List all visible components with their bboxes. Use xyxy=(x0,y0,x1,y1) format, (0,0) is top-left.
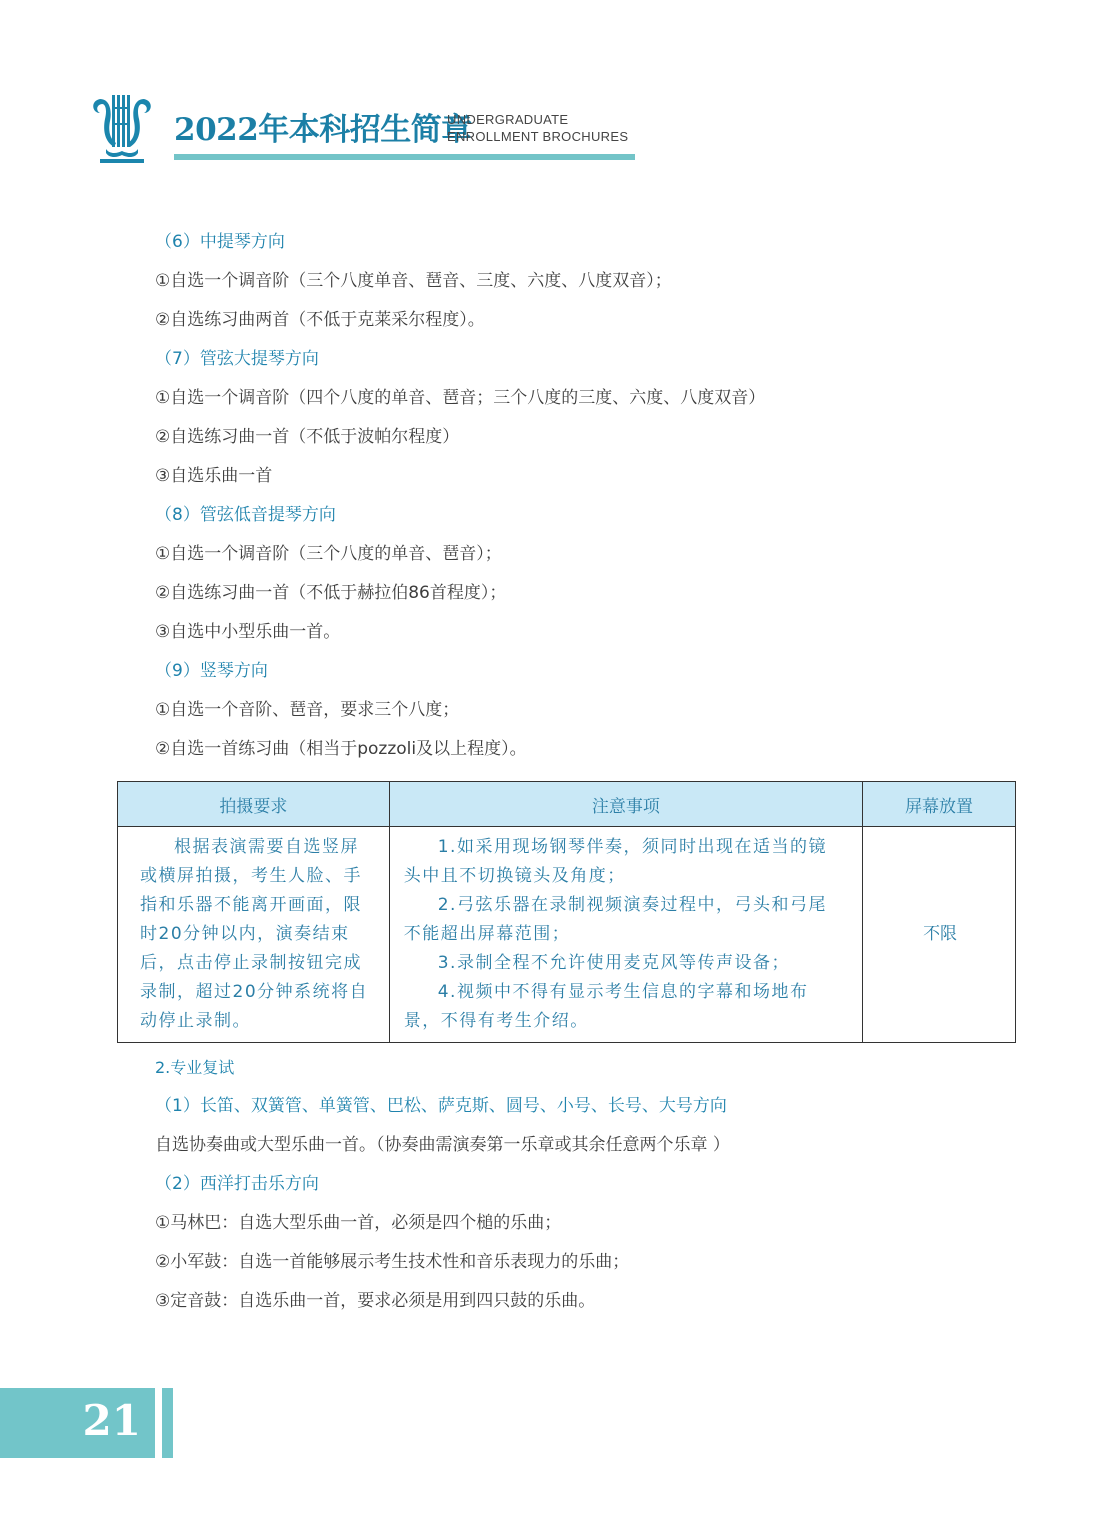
table-header-row: 拍摄要求 注意事项 屏幕放置 xyxy=(118,782,1016,827)
list-item: ③自选中小型乐曲一首。 xyxy=(155,613,1035,652)
section-heading: （2）西洋打击乐方向 xyxy=(155,1165,1035,1204)
list-item: ②自选练习曲一首（不低于赫拉伯86首程度）； xyxy=(155,574,1035,613)
lyre-icon xyxy=(90,93,154,165)
list-item: ②小军鼓：自选一首能够展示考生技术性和音乐表现力的乐曲； xyxy=(155,1243,1035,1282)
table-row: 根据表演需要自选竖屏或横屏拍摄，考生人脸、手指和乐器不能离开画面，限时20分钟以… xyxy=(118,827,1016,1043)
list-item: ①自选一个音阶、琶音，要求三个八度； xyxy=(155,691,1035,730)
professional-retest: 2.专业复试 （1）长笛、双簧管、单簧管、巴松、萨克斯、圆号、小号、长号、大号方… xyxy=(155,1048,1035,1321)
list-item: ②自选一首练习曲（相当于pozzoli及以上程度）。 xyxy=(155,730,1035,769)
section-heading: （9）竖琴方向 xyxy=(155,652,1035,691)
subtitle-line-2: ENROLLMENT BROCHURES xyxy=(447,128,628,145)
section-heading: （6）中提琴方向 xyxy=(155,223,1035,262)
page-number-tab: 21 xyxy=(0,1388,155,1458)
note-item: 2.弓弦乐器在录制视频演奏过程中，弓头和弓尾不能超出屏幕范围； xyxy=(404,891,842,949)
cell-notes: 1.如采用现场钢琴伴奏，须同时出现在适当的镜头中且不切换镜头及角度； 2.弓弦乐… xyxy=(389,827,862,1043)
column-header-notes: 注意事项 xyxy=(389,782,862,827)
section-heading: （8）管弦低音提琴方向 xyxy=(155,496,1035,535)
list-item: ①马林巴：自选大型乐曲一首，必须是四个槌的乐曲； xyxy=(155,1204,1035,1243)
retest-title: 2.专业复试 xyxy=(155,1048,1035,1087)
list-item: ③自选乐曲一首 xyxy=(155,457,1035,496)
header-rule xyxy=(174,154,635,160)
list-item: ①自选一个调音阶（三个八度的单音、琶音）； xyxy=(155,535,1035,574)
section-heading: （1）长笛、双簧管、单簧管、巴松、萨克斯、圆号、小号、长号、大号方向 xyxy=(155,1087,1035,1126)
list-item: ②自选练习曲一首（不低于波帕尔程度） xyxy=(155,418,1035,457)
column-header-shooting: 拍摄要求 xyxy=(118,782,390,827)
list-item: 自选协奏曲或大型乐曲一首。（协奏曲需演奏第一乐章或其余任意两个乐章 ） xyxy=(155,1126,1035,1165)
list-item: ①自选一个调音阶（四个八度的单音、琶音；三个八度的三度、六度、八度双音） xyxy=(155,379,1035,418)
note-item: 1.如采用现场钢琴伴奏，须同时出现在适当的镜头中且不切换镜头及角度； xyxy=(404,833,842,891)
brochure-subtitle-en: UNDERGRADUATE ENROLLMENT BROCHURES xyxy=(447,111,628,145)
list-item: ③定音鼓：自选乐曲一首，要求必须是用到四只鼓的乐曲。 xyxy=(155,1282,1035,1321)
note-item: 4.视频中不得有显示考生信息的字幕和场地布景，不得有考生介绍。 xyxy=(404,978,842,1036)
subtitle-line-1: UNDERGRADUATE xyxy=(447,111,628,128)
cell-screen-placement: 不限 xyxy=(863,827,1016,1043)
section-heading: （7）管弦大提琴方向 xyxy=(155,340,1035,379)
list-item: ①自选一个调音阶（三个八度单音、琶音、三度、六度、八度双音）； xyxy=(155,262,1035,301)
note-item: 3.录制全程不允许使用麦克风等传声设备； xyxy=(404,949,842,978)
cell-shooting-requirements: 根据表演需要自选竖屏或横屏拍摄，考生人脸、手指和乐器不能离开画面，限时20分钟以… xyxy=(118,827,390,1043)
brochure-title: 2022年本科招生简章 xyxy=(174,104,472,149)
list-item: ②自选练习曲两首（不低于克莱采尔程度）。 xyxy=(155,301,1035,340)
page-number-accent-bar xyxy=(162,1388,173,1458)
recording-requirements-table: 拍摄要求 注意事项 屏幕放置 根据表演需要自选竖屏或横屏拍摄，考生人脸、手指和乐… xyxy=(117,781,1016,1043)
preliminary-requirements: （6）中提琴方向 ①自选一个调音阶（三个八度单音、琶音、三度、六度、八度双音）；… xyxy=(155,223,1035,769)
page-number: 21 xyxy=(83,1396,141,1445)
column-header-screen: 屏幕放置 xyxy=(863,782,1016,827)
